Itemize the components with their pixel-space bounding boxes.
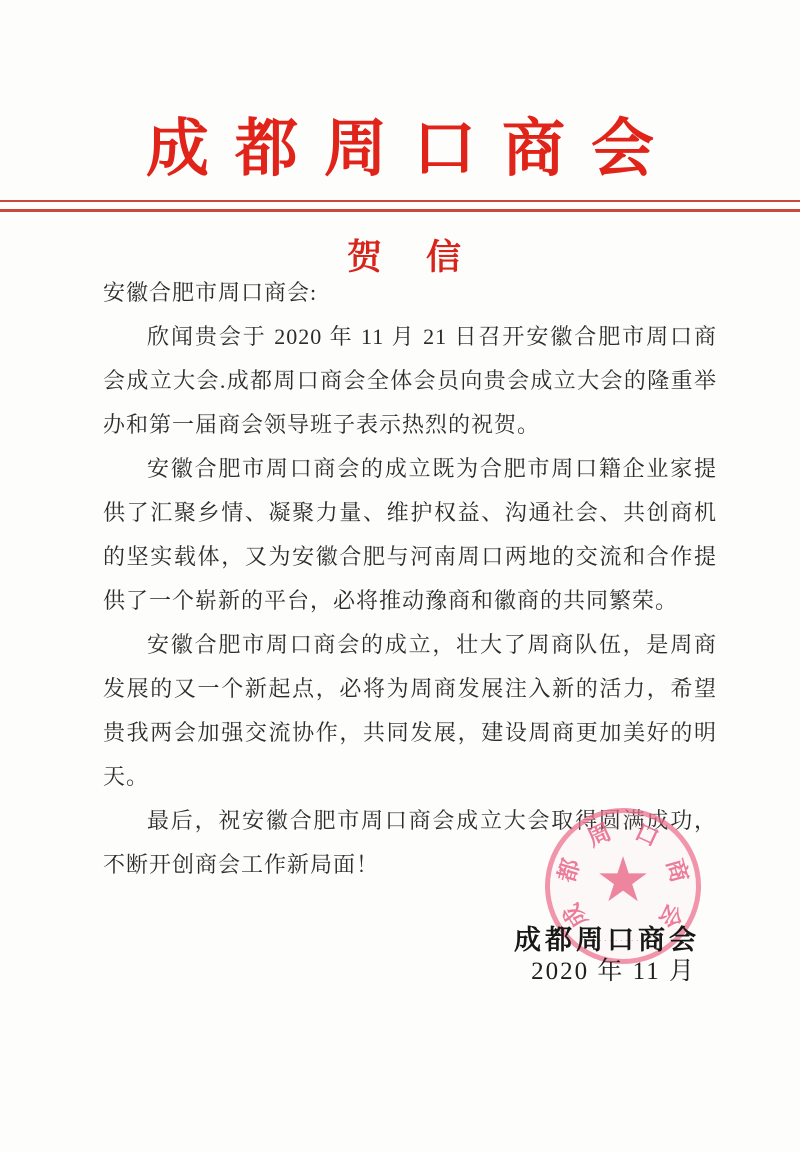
paragraph-3: 安徽合肥市周口商会的成立，壮大了周商队伍，是周商发展的又一个新起点，必将为周商发…: [103, 623, 717, 799]
letterhead-divider: [0, 200, 800, 212]
salutation: 安徽合肥市周口商会:: [103, 271, 717, 315]
seal-ring-char: 都: [555, 856, 583, 884]
paragraph-2: 安徽合肥市周口商会的成立既为合肥市周口籍企业家提供了汇聚乡情、凝聚力量、维护权益…: [103, 447, 717, 623]
letterhead-org-name: 成都周口商会: [13, 98, 800, 189]
letter-body: 安徽合肥市周口商会: 欣闻贵会于 2020 年 11 月 21 日召开安徽合肥市…: [103, 271, 717, 887]
letter-date: 2020 年 11 月: [531, 951, 696, 987]
star-icon: ★: [595, 849, 651, 911]
seal-ring-char: 商: [663, 856, 691, 884]
letter-page: 成都周口商会 贺信 安徽合肥市周口商会: 欣闻贵会于 2020 年 11 月 2…: [0, 0, 800, 1152]
paragraph-1: 欣闻贵会于 2020 年 11 月 21 日召开安徽合肥市周口商会成立大会.成都…: [103, 315, 717, 447]
